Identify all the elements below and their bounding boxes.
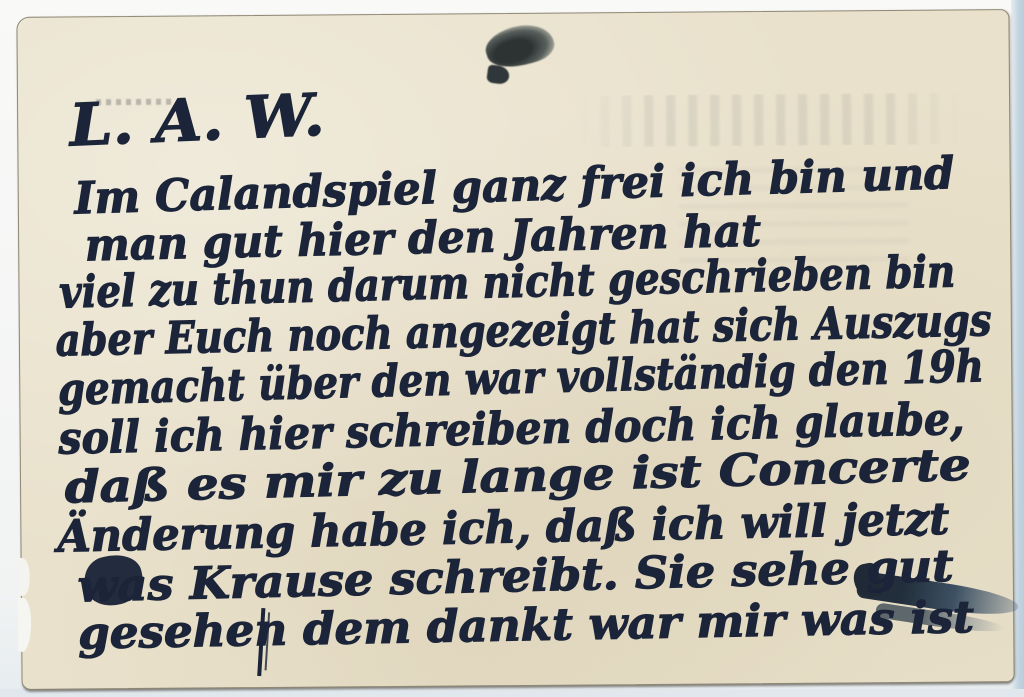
salutation: L. A. W. (66, 81, 326, 160)
postcard: L. A. W. Im Calandspiel ganz frei ich bi… (16, 9, 1014, 690)
scanner-background: L. A. W. Im Calandspiel ganz frei ich bi… (0, 0, 1024, 697)
scanner-edge-strip-bottom (0, 689, 1024, 697)
handwritten-message: L. A. W. Im Calandspiel ganz frei ich bi… (17, 10, 1013, 689)
